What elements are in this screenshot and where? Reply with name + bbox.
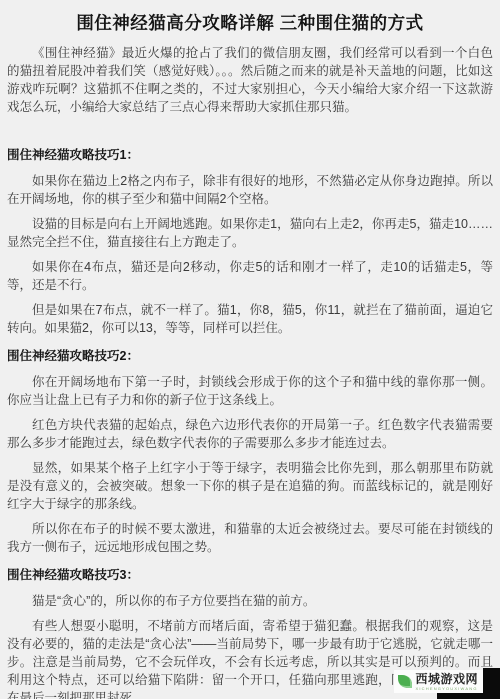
section-1-heading: 围住神经猫攻略技巧1： bbox=[7, 146, 493, 164]
article-paragraph: 但是如果在7布点，就不一样了。猫1，你8，猫5，你11，就拦在了猫前面，逼迫它转… bbox=[7, 301, 493, 337]
page-title: 围住神经猫高分攻略详解 三种围住猫的方式 bbox=[7, 12, 493, 34]
leaf-icon bbox=[398, 675, 412, 688]
article-paragraph: 所以你在布子的时候不要太激进，和猫靠的太近会被绕过去。要尽可能在封锁线的我方一侧… bbox=[7, 520, 493, 556]
article-paragraph: 你在开阔场地布下第一子时，封锁线会形成于你的这个子和猫中线的靠你那一侧。你应当让… bbox=[7, 373, 493, 409]
watermark-corner-block bbox=[483, 668, 500, 699]
article-paragraph: 红色方块代表猫的起始点，绿色六边形代表你的开局第一子。红色数字代表猫需要那么多步… bbox=[7, 416, 493, 452]
article-page: 围住神经猫高分攻略详解 三种围住猫的方式 《围住神经猫》最近火爆的抢占了我们的微… bbox=[0, 0, 500, 699]
article-paragraph: 设猫的目标是向右上开阔地逃跑。如果你走1，猫向右上走2，你再走5，猫走10……显… bbox=[7, 215, 493, 251]
watermark-site-name: 西城游戏网 bbox=[415, 673, 478, 685]
watermark-caption: XICHENGYOUXIWANG bbox=[415, 687, 478, 691]
site-watermark: 西城游戏网 XICHENGYOUXIWANG bbox=[394, 670, 483, 693]
watermark-bottom-strip bbox=[437, 693, 483, 699]
intro-paragraph: 《围住神经猫》最近火爆的抢占了我们的微信朋友圈，我们经常可以看到一个白色的猫扭着… bbox=[7, 44, 493, 116]
article-paragraph: 猫是“贪心”的，所以你的布子方位要挡在猫的前方。 bbox=[7, 592, 493, 610]
section-2-heading: 围住神经猫攻略技巧2： bbox=[7, 347, 493, 365]
article-paragraph: 如果你在猫边上2格之内布子，除非有很好的地形，不然猫必定从你身边跑掉。所以在开阔… bbox=[7, 172, 493, 208]
article-paragraph: 如果你在4布点，猫还是向2移动，你走5的话和刚才一样了，走10的话猫走5，等等，… bbox=[7, 258, 493, 294]
section-3-heading: 围住神经猫攻略技巧3： bbox=[7, 566, 493, 584]
article-paragraph: 显然，如果某个格子上红字小于等于绿字，表明猫会比你先到，那么朝那里布防就是没有意… bbox=[7, 459, 493, 513]
